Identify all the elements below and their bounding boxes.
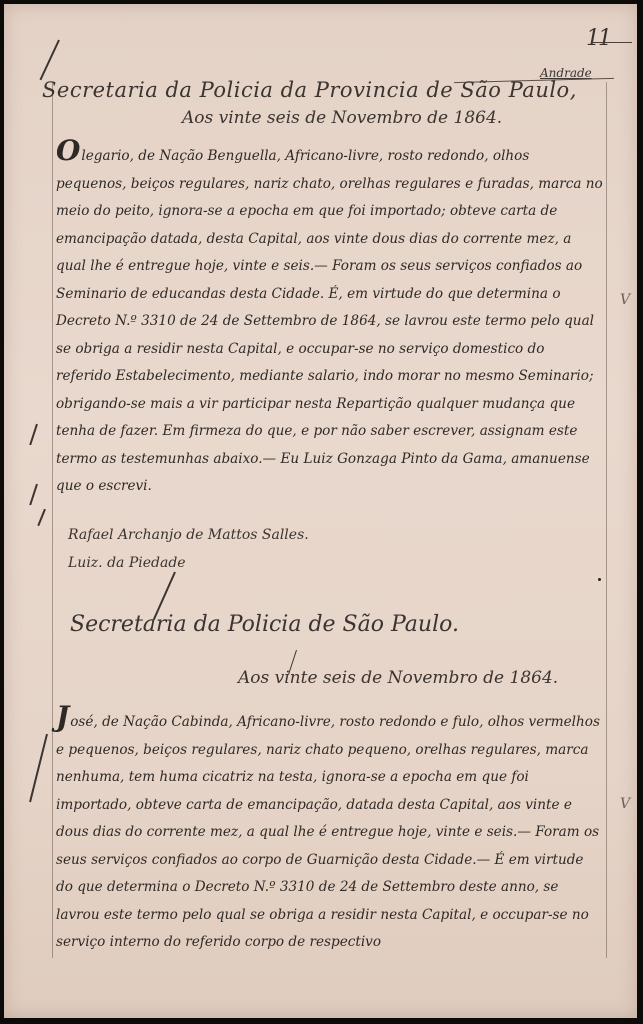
witness-signature-1: Rafael Archanjo de Mattos Salles. [68,527,309,543]
right-margin-rule [606,82,607,958]
margin-stroke [29,424,37,445]
margin-check-mark-2: V [620,796,630,812]
witness-signature-2: Luiz. da Piedade [68,555,186,571]
entry-1-date: Aos vinte seis de Novembro de 1864. [182,108,502,128]
entry-2-initial: J [56,700,69,733]
folio-number: 11 [586,26,610,51]
entry-2-heading: Secretaria da Policia de São Paulo. [70,612,459,637]
left-margin-rule [52,82,53,958]
entry-1-body: Olegario, de Nação Benguella, Africano-l… [56,141,604,501]
margin-check-mark-1: V [620,292,630,308]
folio-underline [592,42,632,43]
margin-stroke [37,509,45,526]
initial-flourish [29,734,47,802]
document-page: 11 Andrade Secretaria da Policia da Prov… [4,4,637,1018]
margin-stroke [29,484,37,505]
entry-2-body: José, de Nação Cabinda, Africano-livre, … [56,707,604,957]
heading-flourish [39,40,59,81]
entry-2-text: osé, de Nação Cabinda, Africano-livre, r… [56,714,600,950]
entry-1-text: legario, de Nação Benguella, Africano-li… [56,148,603,494]
entry-1-initial: O [56,134,80,167]
entry-2-date: Aos vinte seis de Novembro de 1864. [238,668,558,688]
ink-dot [598,578,601,581]
entry-1-heading: Secretaria da Policia da Provincia de Sã… [42,78,577,102]
